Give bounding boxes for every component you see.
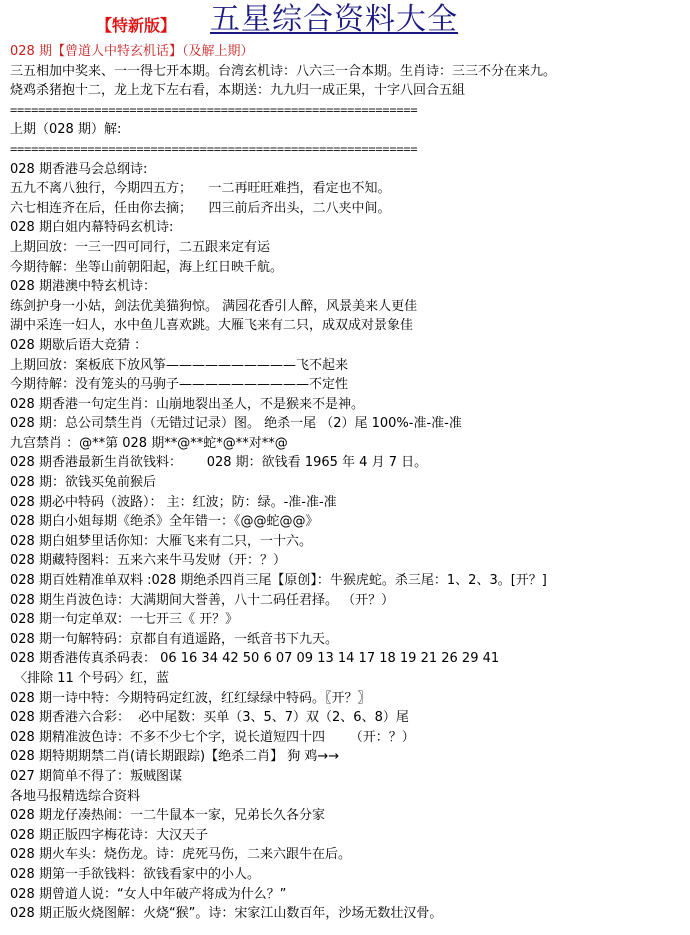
- text-line: 028 期藏特图料：五来六来牛马发财（开：？）: [10, 551, 690, 571]
- text-line: 028 期火车头：烧伤龙。诗：虎死马伤，二来六跟牛在后。: [10, 845, 690, 865]
- edition-badge: 【特新版】: [96, 13, 176, 36]
- text-line: 028 期一句解特码：京都自有逍遥路，一纸音书下九天。: [10, 630, 690, 650]
- text-line: 〈排除 11 个号码〉红，蓝: [10, 669, 690, 689]
- document-body: 028 期【曾道人中特玄机话】（及解上期）三五相加中奖来、一一得七开本期。台湾玄…: [10, 42, 690, 924]
- text-line: 028 期曾道人说：“女人中年破产将成为什么？”: [10, 885, 690, 905]
- text-line: 湖中采连一妇人，水中鱼儿喜欢跳。大雁飞来有二只，成双成对景象佳: [10, 316, 690, 336]
- text-line: 上期回放：一三一四可同行，二五跟来定有运: [10, 238, 690, 258]
- page-header: 【特新版】 五星综合资料大全: [0, 0, 690, 40]
- text-line: 028 期香港马会总纲诗:: [10, 160, 690, 180]
- text-line: 六七相连齐在后，任由你去摘； 四三前后齐出头，二八夹中间。: [10, 199, 690, 219]
- text-line: 028 期精准波色诗：不多不少七个字，说长道短四十四 （开：？）: [10, 728, 690, 748]
- text-line: 028 期香港六合彩： 必中尾数：买单（3、5、7）双（2、6、8）尾: [10, 708, 690, 728]
- text-line: 028 期：总公司禁生肖（无错过记录）图。 绝杀一尾 （2）尾 100%-准-准…: [10, 414, 690, 434]
- text-line: 今期待解：没有笼头的马驹子——————————不定性: [10, 375, 690, 395]
- text-line: 028 期港澳中特玄机诗：: [10, 277, 690, 297]
- text-line: 028 期：欲钱买兔前猴后: [10, 473, 690, 493]
- text-line: 028 期正版四字梅花诗：大汉天子: [10, 826, 690, 846]
- text-line: 028 期特期期禁二肖(请长期跟踪)【绝杀二肖】 狗 鸡→→: [10, 747, 690, 767]
- text-line: 028 期白姐内幕特码玄机诗:: [10, 218, 690, 238]
- text-line: 烧鸡杀猪抱十二，龙上龙下左右看，本期送：九九归一成正果，十字八回合五組: [10, 81, 690, 101]
- text-line: 028 期歇后语大竞猜 ：: [10, 336, 690, 356]
- text-line: 028 期龙仔凑热闹：一二牛鼠本一家，兄弟长久各分家: [10, 806, 690, 826]
- text-line: 028 期一句定单双：一七开三《 开？》: [10, 610, 690, 630]
- text-line: 各地马报精选综合资料: [10, 787, 690, 807]
- text-line: 028 期香港传真杀码表： 06 16 34 42 50 6 07 09 13 …: [10, 649, 690, 669]
- text-line: 027 期简单不得了：叛贼图谋: [10, 767, 690, 787]
- section-heading: 028 期【曾道人中特玄机话】（及解上期）: [10, 42, 690, 62]
- text-line: 028 期第一手欲钱料：欲钱看家中的小人。: [10, 865, 690, 885]
- text-line: 上期（028 期）解:: [10, 120, 690, 140]
- text-line: 五九不离八独行，今期四五方； 一二再旺旺难挡，看定也不知。: [10, 179, 690, 199]
- text-line: 028 期香港最新生肖欲钱料： 028 期：欲钱看 1965 年 4 月 7 日…: [10, 453, 690, 473]
- page-title: 五星综合资料大全: [210, 2, 458, 38]
- text-line: 028 期一诗中特：今期特码定红波，红红绿绿中特码。〖开？〗: [10, 689, 690, 709]
- text-line: 028 期生肖波色诗：大满期间大誉善，八十二码任君择。 （开？）: [10, 591, 690, 611]
- text-line: 028 期必中特码（波路）： 主：红波；防：绿。-准-准-准: [10, 493, 690, 513]
- text-line: 028 期白小姐每期《绝杀》全年错一：《@@蛇@@》: [10, 512, 690, 532]
- text-line: 上期回放：案板底下放风筝——————————飞不起来: [10, 356, 690, 376]
- text-line: 练剑护身一小姑，剑法优美猫狗惊。 满园花香引人醉，风景美来人更佳: [10, 297, 690, 317]
- text-line: 028 期百姓精准单双料 :028 期绝杀四肖三尾【原创】：牛猴虎蛇。杀三尾：1…: [10, 571, 690, 591]
- text-line: 九宫禁肖 ：@**第 028 期**@**蛇*@**对**@: [10, 434, 690, 454]
- text-line: 今期待解：坐等山前朝阳起，海上红日映千航。: [10, 258, 690, 278]
- text-line: 三五相加中奖来、一一得七开本期。台湾玄机诗：八六三一合本期。生肖诗：三三不分在来…: [10, 62, 690, 82]
- separator-line: ========================================…: [10, 101, 690, 121]
- separator-line: ========================================…: [10, 140, 690, 160]
- text-line: 028 期白姐梦里话你知：大雁飞来有二只，一十六。: [10, 532, 690, 552]
- text-line: 028 期正版火烧图解：火烧“猴”。诗：宋家江山数百年，沙场无数壮汉骨。: [10, 904, 690, 924]
- text-line: 028 期香港一句定生肖：山崩地裂出圣人，不是猴来不是神。: [10, 395, 690, 415]
